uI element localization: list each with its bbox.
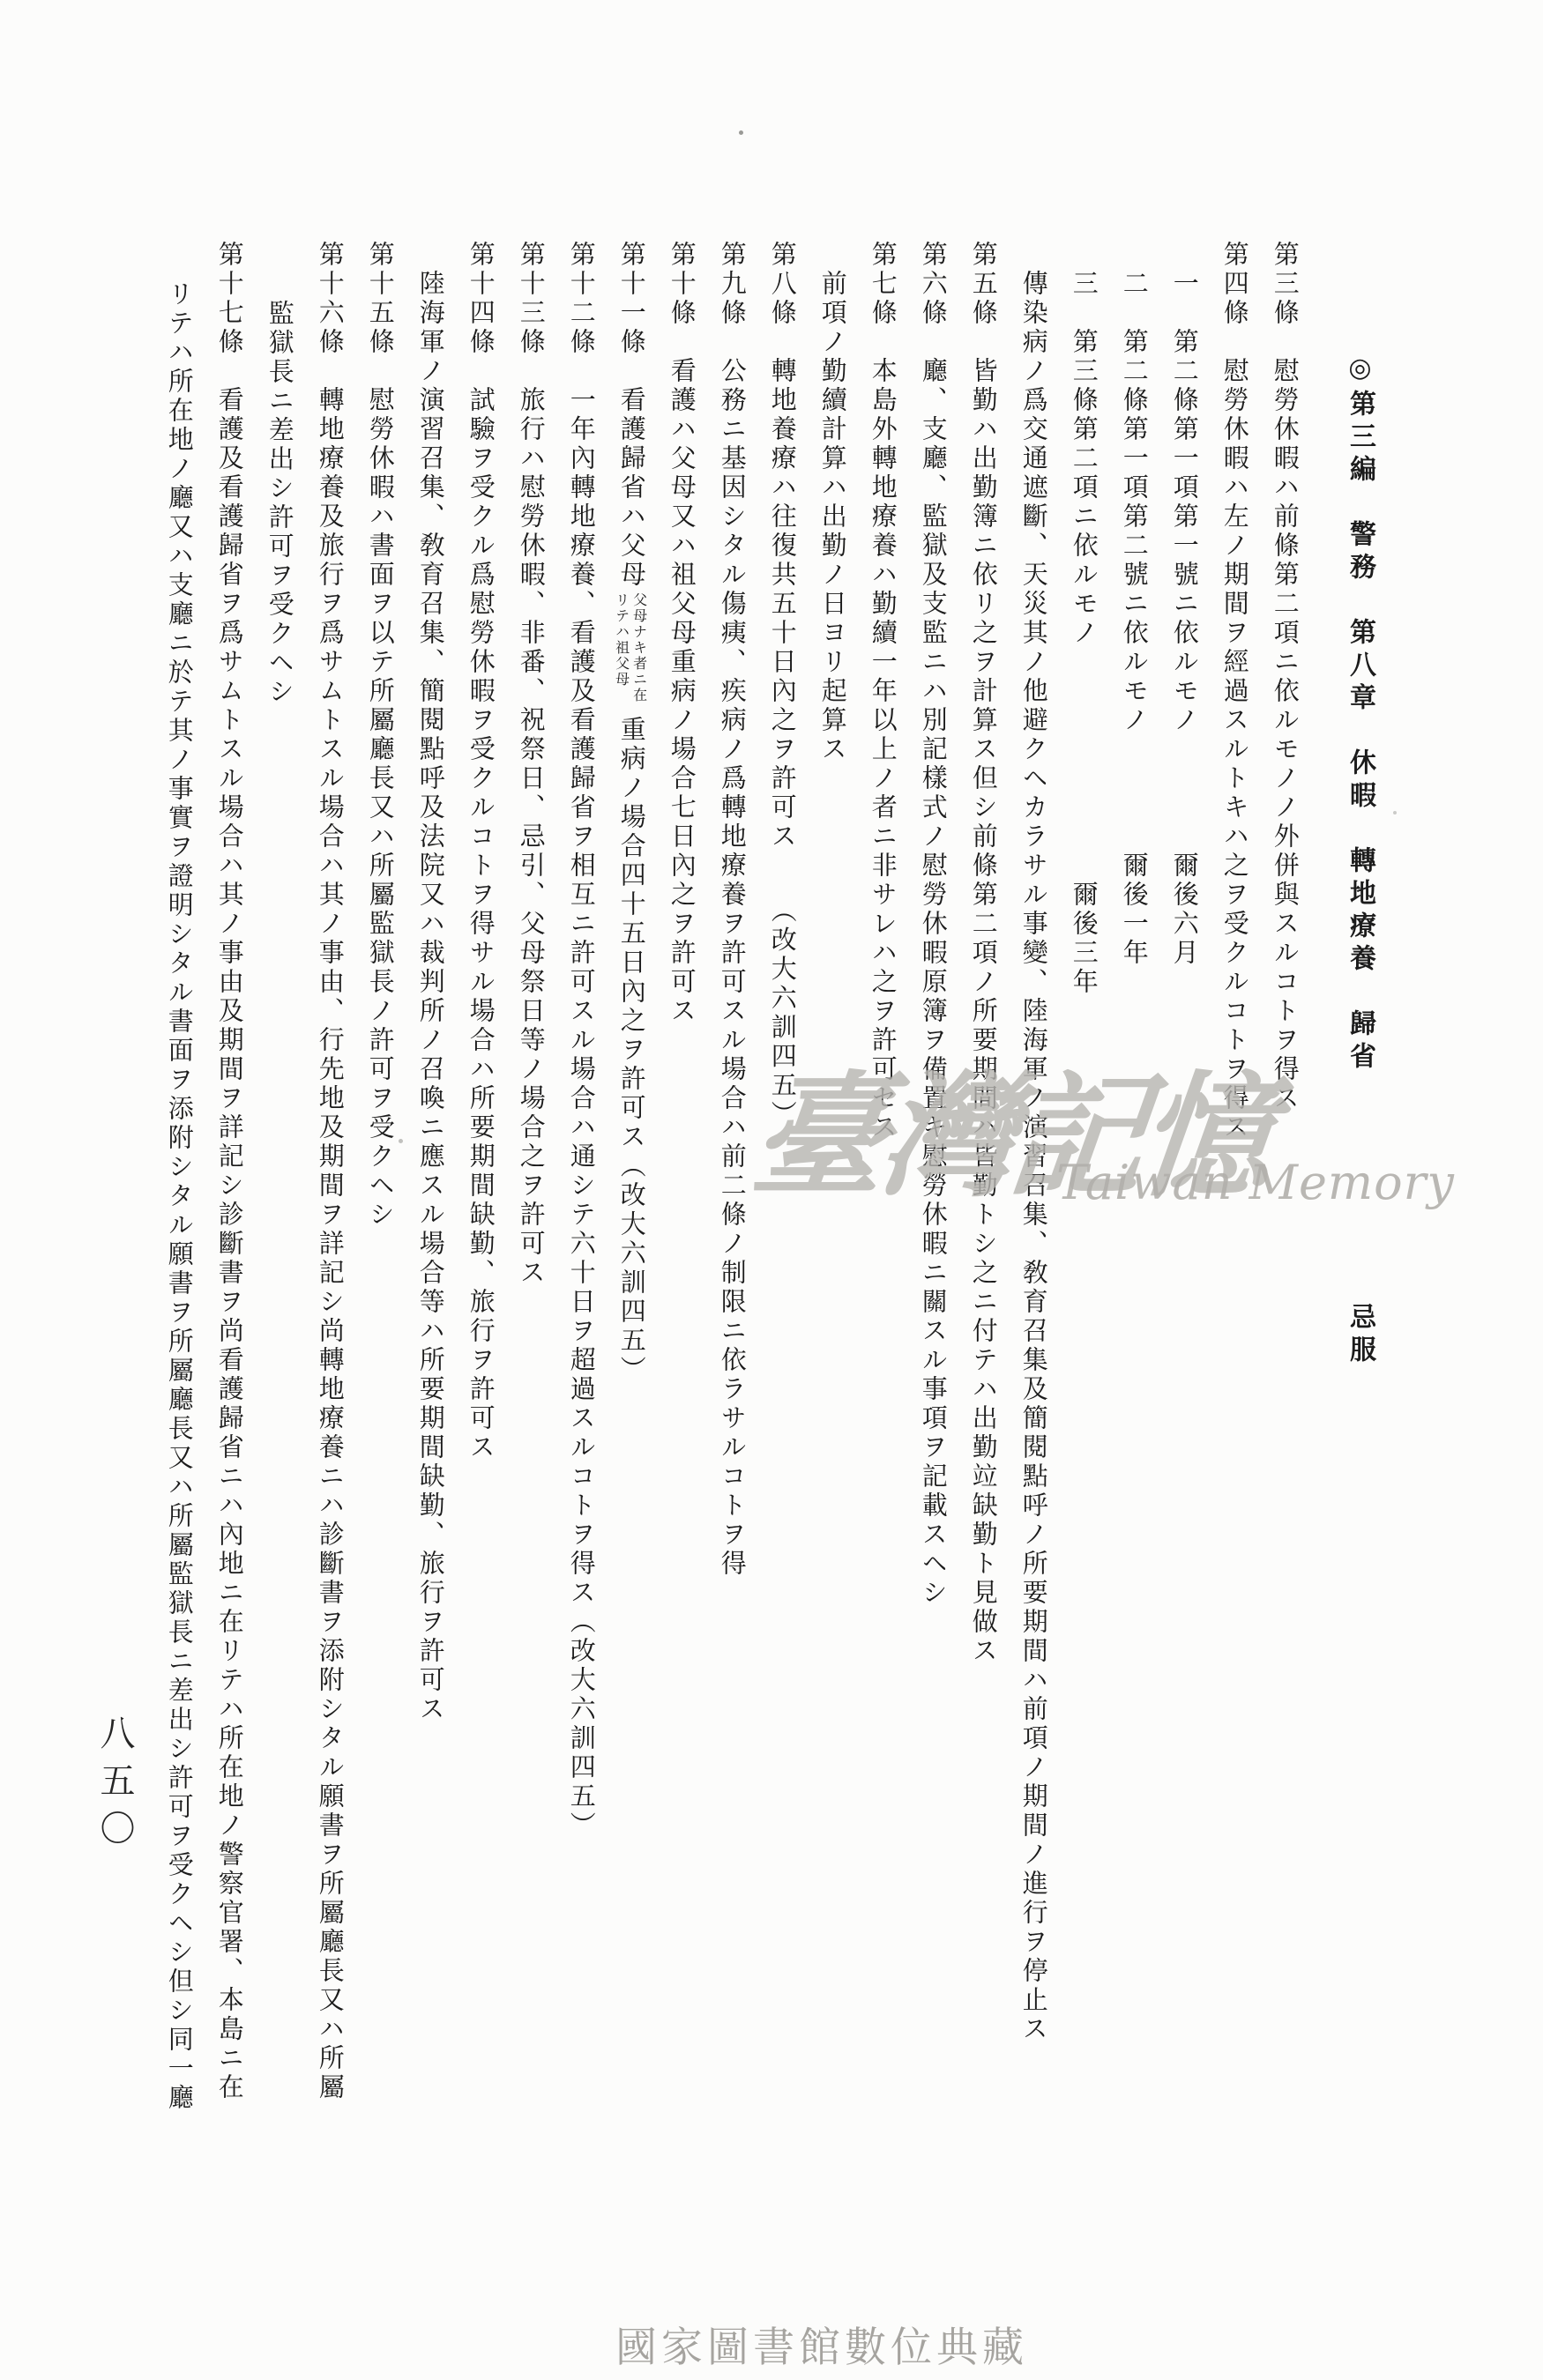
article-8: 第八條 轉地養療ハ往復共五十日內之ヲ許可ス （改大六訓四五）: [767, 241, 798, 1130]
library-footer: 國家圖書館數位典藏: [615, 2315, 1028, 2374]
article-17-wrap: リテハ所在地ノ廳又ハ支廳ニ於テ其ノ事實ヲ證明シタル書面ヲ添附シタル願書ヲ所屬廳長…: [164, 280, 195, 2113]
article-4-item-1: 一 第二條第一項第一號ニ依ルモノ 爾後六月: [1169, 270, 1200, 968]
article-12: 第十二條 一年內轉地療養、看護及看護歸省ヲ相互ニ許可スル場合ハ通シテ六十日ヲ超過…: [566, 241, 597, 1841]
article-5: 第五條 皆勤ハ出勤簿ニ依リ之ヲ計算ス但シ前條第二項ノ所要期間ハ皆勤トシ之ニ付テハ…: [968, 241, 999, 1666]
article-15: 第十五條 慰勞休暇ハ書面ヲ以テ所屬廳長又ハ所屬監獄長ノ許可ヲ受クヘシ: [365, 241, 396, 1230]
scan-speck: [1393, 811, 1397, 814]
chapter-header: ◎第三編 警務 第八章 休暇 轉地療養 歸省 忌服: [1344, 353, 1375, 1368]
article-11-note-right: 父母ナキ者ニ在: [631, 592, 647, 703]
article-7-para-2: 前項ノ勤續計算ハ出勤ノ日ヨリ起算ス: [817, 270, 848, 764]
article-11-tail: 重病ノ場合四十五日內之ヲ許可ス（改大六訓四五）: [616, 716, 647, 1385]
article-14: 第十四條 試驗ヲ受クル爲慰勞休暇ヲ受クルコトヲ得サル場合ハ所要期間缺勤、旅行ヲ許…: [466, 241, 496, 1462]
article-3: 第三條 慰勞休暇ハ前條第二項ニ依ルモノノ外併與スルコトヲ得ス: [1270, 241, 1301, 1113]
article-4-item-3: 三 第三條第二項ニ依ルモノ 爾後三年: [1069, 270, 1099, 997]
scan-speck: [739, 130, 743, 135]
article-13: 第十三條 旅行ハ慰勞休暇、非番、祝祭日、忌引、父母祭日等ノ場合之ヲ許可ス: [516, 241, 547, 1288]
article-4-item-2: 二 第二條第一項第二號ニ依ルモノ 爾後一年: [1119, 270, 1150, 968]
page-number: 八五〇: [93, 1714, 136, 1857]
article-17: 第十七條 看護及看護歸省ヲ爲サムトスル場合ハ其ノ事由及期間ヲ詳記シ診斷書ヲ尚看護…: [214, 241, 245, 2102]
article-4: 第四條 慰勞休暇ハ左ノ期間ヲ經過スルトキハ之ヲ受クルコトヲ得ス: [1219, 241, 1250, 1142]
article-11-head: 第十一條 看護歸省ハ父母: [616, 241, 647, 590]
article-7: 第七條 本島外轉地療養ハ勤續一年以上ノ者ニ非サレハ之ヲ許可セス: [868, 241, 898, 1142]
article-16-wrap: 監獄長ニ差出シ許可ヲ受クヘシ: [265, 300, 295, 707]
article-10: 第十條 看護ハ父母又ハ祖父母重病ノ場合七日內之ヲ許可ス: [667, 241, 697, 1026]
article-16: 第十六條 轉地療養及旅行ヲ爲サムトスル場合ハ其ノ事由、行先地及期間ヲ詳記シ尚轉地…: [315, 241, 346, 2102]
scan-speck: [399, 1139, 403, 1143]
scanned-page: ◎第三編 警務 第八章 休暇 轉地療養 歸省 忌服 第三條 慰勞休暇ハ前條第二項…: [0, 0, 1543, 2380]
article-6: 第六條 廳、支廳、監獄及支監ニハ別記樣式ノ慰勞休暇原簿ヲ備置キ慰勞休暇ニ關スル事…: [918, 241, 949, 1608]
taiwan-memory-watermark-latin: Taiwan Memory: [1056, 1155, 1455, 1210]
article-14-para-2: 陸海軍ノ演習召集、敎育召集、簡閱點呼及法院又ハ裁判所ノ召喚ニ應スル場合等ハ所要期…: [415, 270, 446, 1724]
article-11-note-left: リテハ祖父母: [614, 592, 630, 688]
article-9: 第九條 公務ニ基因シタル傷痍、疾病ノ爲轉地療養ヲ許可スル場合ハ前二條ノ制限ニ依ラ…: [717, 241, 748, 1579]
